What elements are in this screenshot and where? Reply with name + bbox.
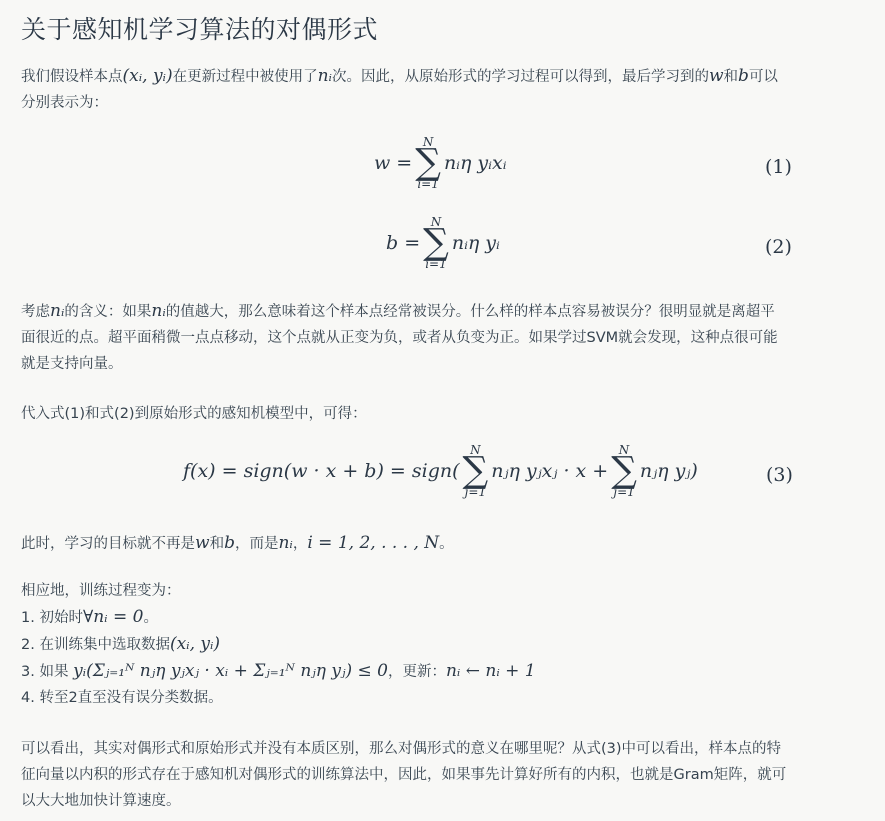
math: (xᵢ, yᵢ) [170,634,220,654]
eq-rhs: nᵢη yᵢ [452,232,500,254]
eq-part: nⱼη yⱼ) [640,460,698,482]
equation-3: f(x) = sign(w · x + b) = sign( N ∑ j=1 n… [183,444,698,498]
sum-lower: j=1 [613,486,634,498]
math-b: b [738,66,749,86]
text: 和 [724,69,739,85]
math-ni: nᵢ [318,66,332,86]
math-range: i = 1, 2, . . . , N [307,533,439,553]
step-4: 4. 转至2直至没有误分类数据。 [21,690,223,706]
math: ∀nᵢ = 0 [83,607,144,627]
equation-1: w = N ∑ i=1 nᵢη yᵢxᵢ [374,136,507,190]
text: 就是支持向量。 [21,356,123,372]
equation-number: (3) [766,464,793,486]
eq-part: nⱼη yⱼxⱼ · x + [491,460,608,482]
math: yᵢ(Σⱼ₌₁ᴺ nⱼη yⱼxⱼ · xᵢ + Σⱼ₌₁ᴺ nⱼη yⱼ) ≤… [73,661,388,681]
text: 的值越大，那么意味着这个样本点经常被误分。什么样的样本点容易被误分？很明显就是离… [166,304,775,320]
text: 和 [210,536,225,552]
text: 次。因此，从原始形式的学习过程可以得到，最后学习到的 [332,69,709,85]
paragraph-ni-meaning: 考虑nᵢ的含义：如果nᵢ的值越大，那么意味着这个样本点经常被误分。什么样的样本点… [21,298,866,377]
text: 相应地，训练过程变为： [21,583,181,599]
paragraph-goal: 此时，学习的目标就不再是w和b，而是nᵢ，i = 1, 2, . . . , N… [21,530,866,557]
sum-lower: i=1 [417,178,439,190]
text: ，更新： [388,664,446,680]
text: 的含义：如果 [64,304,151,320]
text: 可以 [749,69,778,85]
text: 2. 在训练集中选取数据 [21,637,170,653]
text: 可以看出，其实对偶形式和原始形式并没有本质区别，那么对偶形式的意义在哪里呢？从式… [21,741,781,757]
text: 。 [439,536,454,552]
equation-2: b = N ∑ i=1 nᵢη yᵢ [386,216,500,270]
text: 此时，学习的目标就不再是 [21,536,195,552]
math-ni: nᵢ [50,301,64,321]
text: 3. 如果 [21,664,73,680]
math-b: b [224,533,235,553]
step-1: 1. 初始时∀nᵢ = 0。 [21,610,158,626]
sigma-icon: ∑ [415,148,441,178]
text: ， [293,536,308,552]
math: nᵢ ← nᵢ + 1 [446,661,536,681]
step-2: 2. 在训练集中选取数据(xᵢ, yᵢ) [21,637,220,653]
text: 以大大地加快计算速度。 [21,793,181,809]
sum-lower: i=1 [425,258,447,270]
eq-part: f(x) = sign(w · x + b) = sign( [183,460,460,482]
sigma-icon: ∑ [463,456,489,486]
text: 征向量以内积的形式存在于感知机对偶形式的训练算法中，因此，如果事先计算好所有的内… [21,767,786,783]
math-w: w [195,533,210,553]
math-w: w [709,66,724,86]
math-ni: nᵢ [151,301,165,321]
paragraph-substitute: 代入式(1)和式(2)到原始形式的感知机模型中，可得： [21,401,866,427]
text: 考虑 [21,304,50,320]
text: 分别表示为： [21,95,108,111]
text: 我们假设样本点 [21,69,123,85]
text: 1. 初始时 [21,610,83,626]
text: 面很近的点。超平面稍微一点点移动，这个点就从正变为负，或者从负变为正。如果学过S… [21,330,778,346]
text: ，而是 [235,536,279,552]
sigma-icon: ∑ [611,456,637,486]
math-xi-yi: (xᵢ, yᵢ) [123,66,173,86]
eq-lhs: b = [386,232,420,254]
page-title: 关于感知机学习算法的对偶形式 [21,10,378,46]
step-3: 3. 如果 yᵢ(Σⱼ₌₁ᴺ nⱼη yⱼxⱼ · xᵢ + Σⱼ₌₁ᴺ nⱼη… [21,664,536,680]
text: 。 [143,610,158,626]
eq-rhs: nᵢη yᵢxᵢ [444,152,507,174]
equation-number: (1) [765,156,792,178]
eq-lhs: w = [374,152,412,174]
summation: N ∑ i=1 [415,136,441,190]
summation: N ∑ j=1 [611,444,637,498]
math-ni: nᵢ [278,533,292,553]
sum-lower: j=1 [465,486,486,498]
summation: N ∑ j=1 [463,444,489,498]
summation: N ∑ i=1 [423,216,449,270]
paragraph-conclusion: 可以看出，其实对偶形式和原始形式并没有本质区别，那么对偶形式的意义在哪里呢？从式… [21,736,866,814]
sigma-icon: ∑ [423,228,449,258]
training-steps: 相应地，训练过程变为： 1. 初始时∀nᵢ = 0。 2. 在训练集中选取数据(… [21,578,866,711]
equation-number: (2) [765,236,792,258]
paragraph-intro: 我们假设样本点(xᵢ, yᵢ)在更新过程中被使用了nᵢ次。因此，从原始形式的学习… [21,63,866,116]
text: 在更新过程中被使用了 [173,69,318,85]
